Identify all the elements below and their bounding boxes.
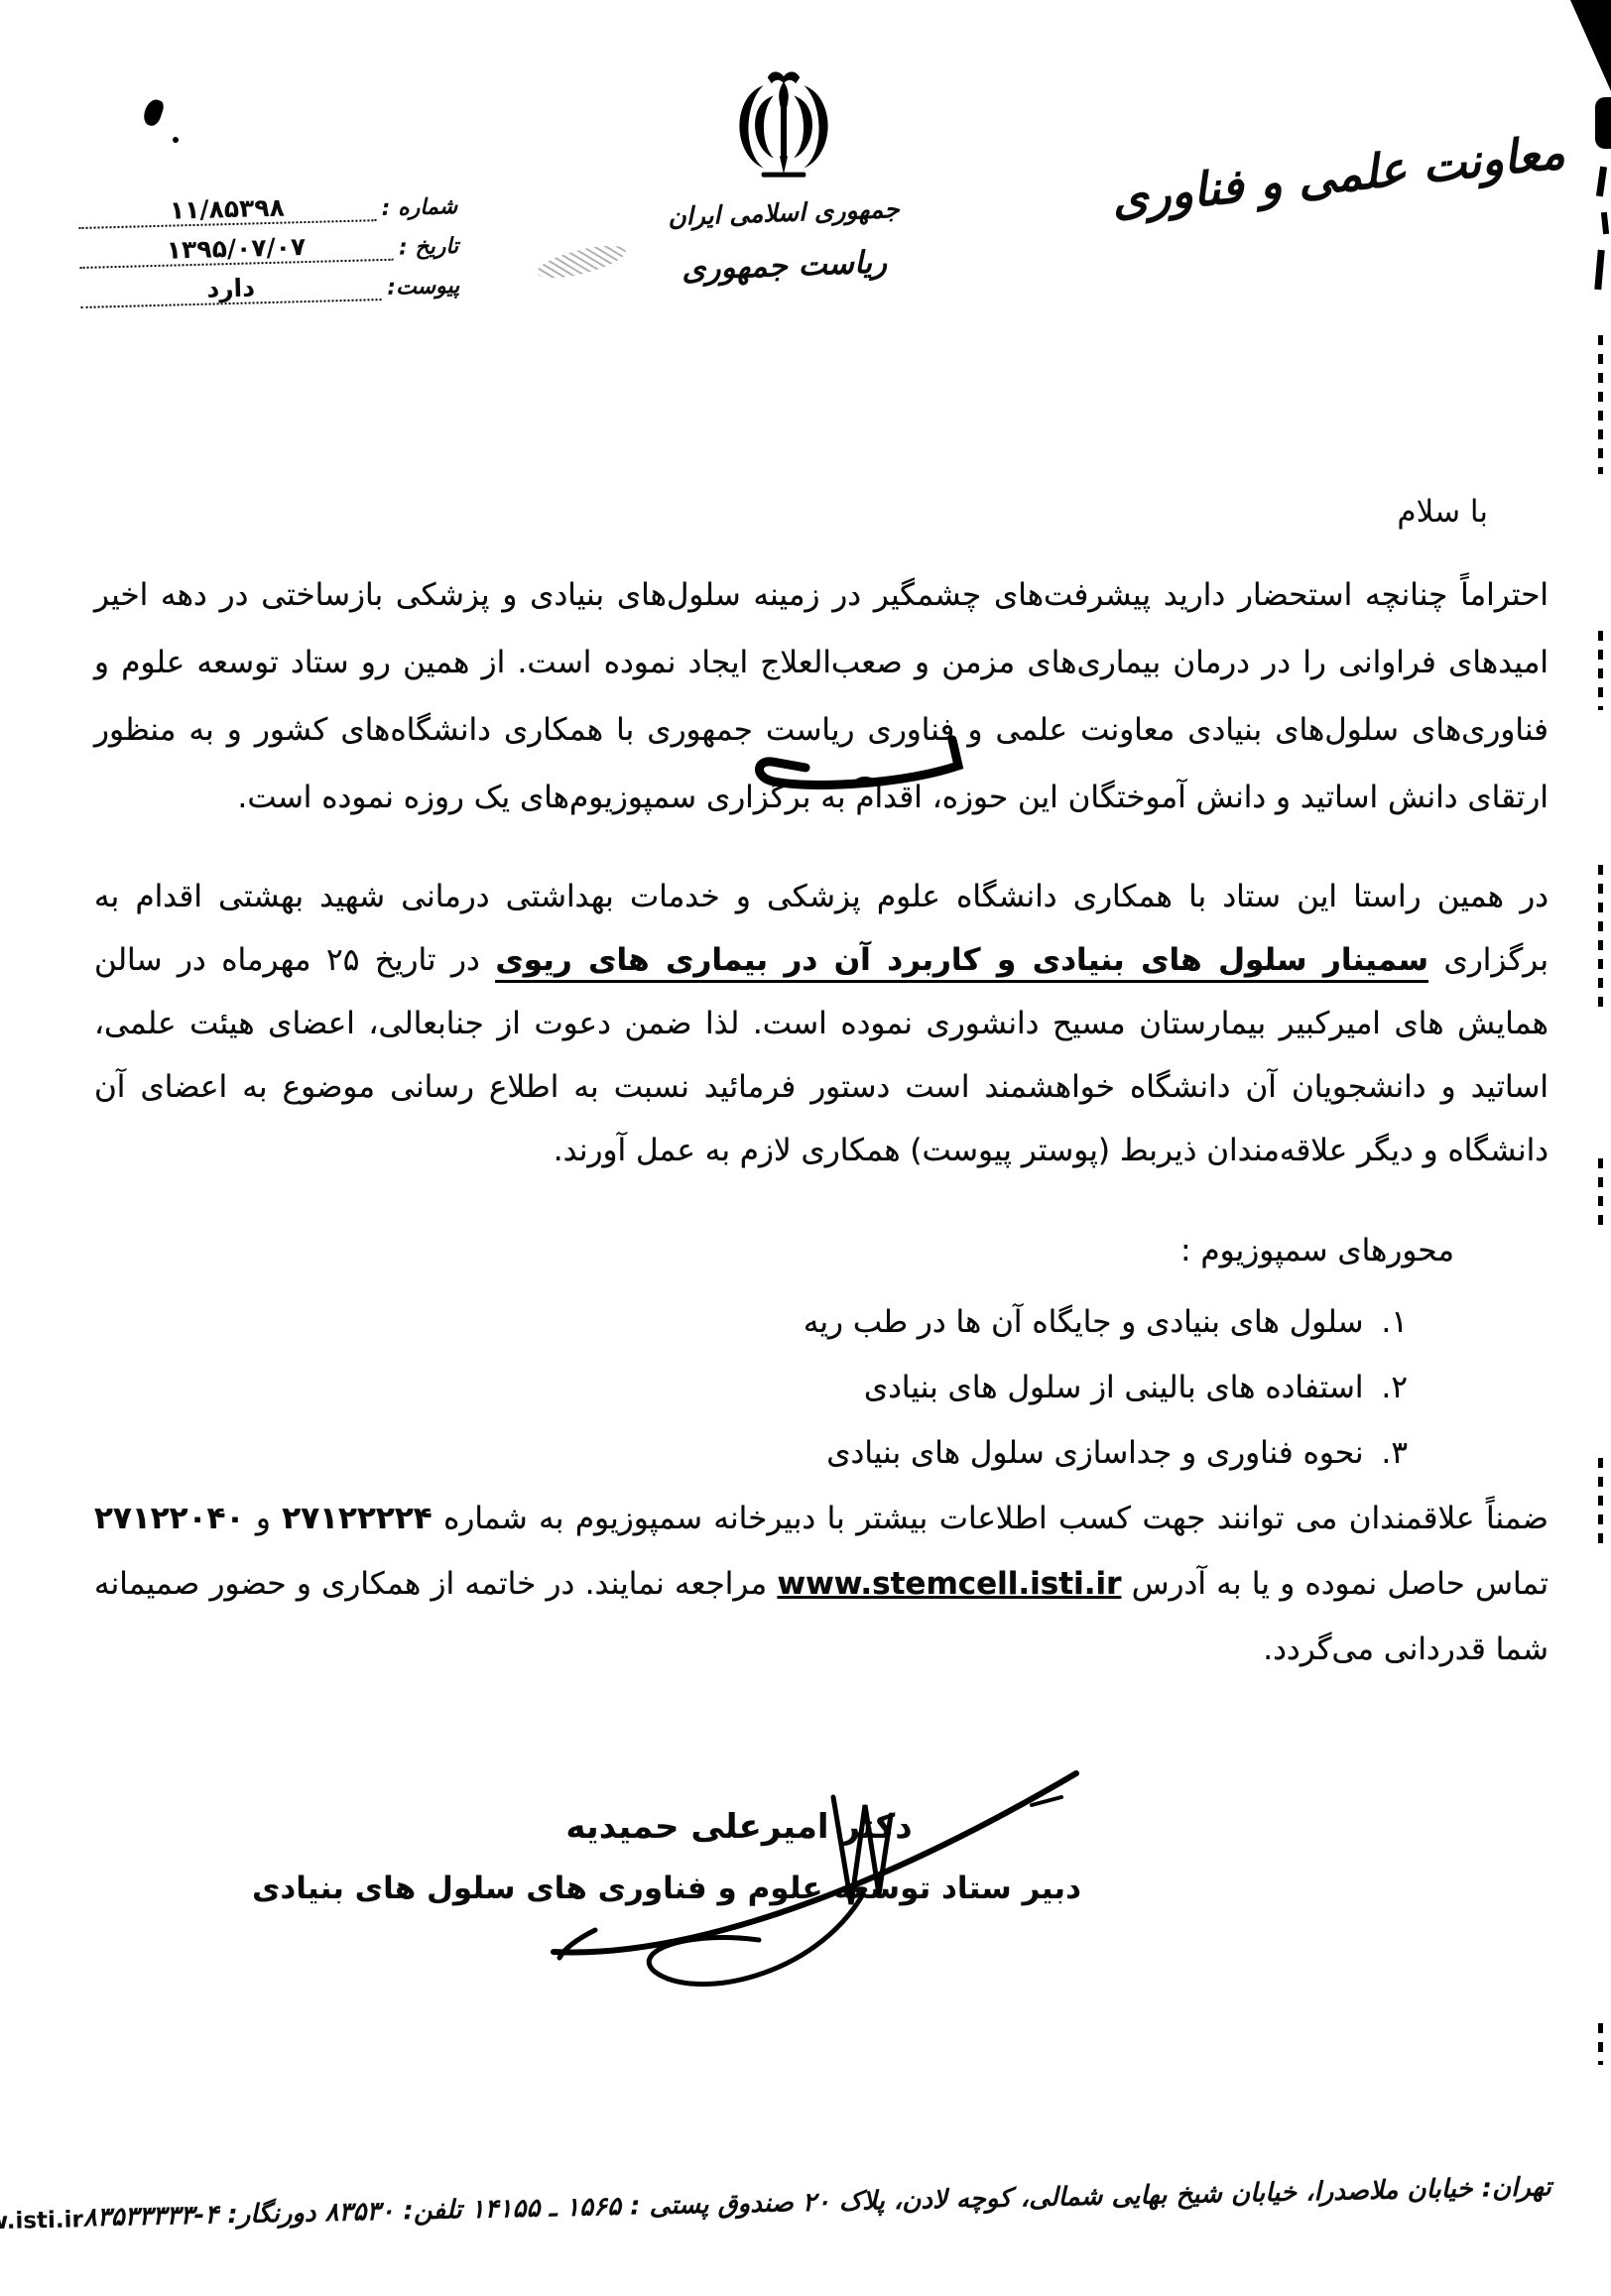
list-item-number: ۲. (1381, 1355, 1408, 1420)
seminar-title-underlined: سمینار سلول های بنیادی و کاربرد آن در بی… (495, 942, 1428, 983)
scanned-letter-page: معاونت علمی و فناوری جمهوری اسلامی ایران… (0, 0, 1611, 2296)
paragraph-seminar: در همین راستا این ستاد با همکاری دانشگاه… (94, 865, 1549, 1182)
scan-artifact (141, 97, 166, 128)
scan-artifact (1598, 865, 1603, 1014)
scan-artifact (1598, 631, 1603, 710)
field-attachment-label: پیوست: (387, 274, 460, 301)
scan-artifact-corner (1561, 0, 1611, 91)
signer-name: دکتر امیرعلی حمیدیه (397, 1807, 1081, 1847)
phone-number-2: ۲۷۱۲۲۰۴۰ (94, 1501, 244, 1536)
scan-artifact (1598, 1458, 1603, 1549)
paragraph-contact-conj: و (244, 1501, 282, 1536)
symposium-topics-list: ۱. سلول های بنیادی و جایگاه آن ها در طب … (804, 1289, 1408, 1486)
letter-reference-fields: شماره : ۱۱/۸۵۳۹۸ تاریخ : ۱۳۹۵/۰۷/۰۷ پیوس… (77, 180, 459, 308)
list-item: ۲. استفاده های بالینی از سلول های بنیادی (804, 1355, 1408, 1420)
iran-emblem-icon (722, 67, 845, 198)
scan-artifact (1598, 1158, 1603, 1228)
signer-title: دبیر ستاد توسعه علوم و فناوری های سلول ه… (397, 1871, 1081, 1906)
phone-number-1: ۲۷۱۲۲۲۲۴ (282, 1501, 432, 1536)
salutation: با سلام (1397, 494, 1488, 530)
scan-artifact (1595, 97, 1611, 149)
footer-website: www.isti.ir (0, 2207, 83, 2236)
scan-artifact (1596, 167, 1607, 197)
scan-artifact (173, 137, 179, 143)
handwritten-correction-mark (744, 730, 970, 795)
list-item-number: ۱. (1381, 1289, 1408, 1355)
letterhead-footer: تهران: خیابان ملاصدرا، خیابان شیخ بهایی … (60, 2172, 1551, 2233)
paragraph-contact-lead: ضمناً علاقمندان می توانند جهت کسب اطلاعا… (433, 1501, 1549, 1536)
list-item-text: سلول های بنیادی و جایگاه آن ها در طب ریه (804, 1289, 1364, 1355)
scan-artifact (534, 239, 628, 285)
list-item-text: نحوه فناوری و جداسازی سلول های بنیادی (826, 1420, 1363, 1486)
paragraph-contact-mid: تماس حاصل نموده و یا به آدرس (1121, 1566, 1549, 1602)
symposium-website-url: www.stemcell.isti.ir (777, 1566, 1121, 1602)
department-calligraphy-title: معاونت علمی و فناوری (1103, 125, 1572, 228)
signature-block: دکتر امیرعلی حمیدیه دبیر ستاد توسعه علوم… (397, 1807, 1081, 1906)
emblem-caption-presidency: ریاست جمهوری (682, 244, 887, 287)
list-item-number: ۳. (1381, 1420, 1408, 1486)
field-attachment-value: دارد (80, 270, 382, 308)
footer-address: تهران: خیابان ملاصدرا، خیابان شیخ بهایی … (83, 2172, 1552, 2233)
scan-artifact (1598, 335, 1603, 474)
paragraph-contact: ضمناً علاقمندان می توانند جهت کسب اطلاعا… (94, 1486, 1549, 1682)
field-date-label: تاریخ : (399, 234, 459, 261)
scan-artifact (1594, 250, 1604, 290)
scan-artifact (1598, 2023, 1603, 2065)
symposium-topics-heading: محورهای سمپوزیوم : (1180, 1233, 1454, 1269)
list-item: ۳. نحوه فناوری و جداسازی سلول های بنیادی (804, 1420, 1408, 1486)
field-number-label: شماره : (381, 194, 457, 221)
list-item-text: استفاده های بالینی از سلول های بنیادی (864, 1355, 1364, 1420)
scan-artifact (1601, 212, 1609, 235)
list-item: ۱. سلول های بنیادی و جایگاه آن ها در طب … (804, 1289, 1408, 1355)
emblem-caption-country: جمهوری اسلامی ایران (659, 194, 910, 232)
